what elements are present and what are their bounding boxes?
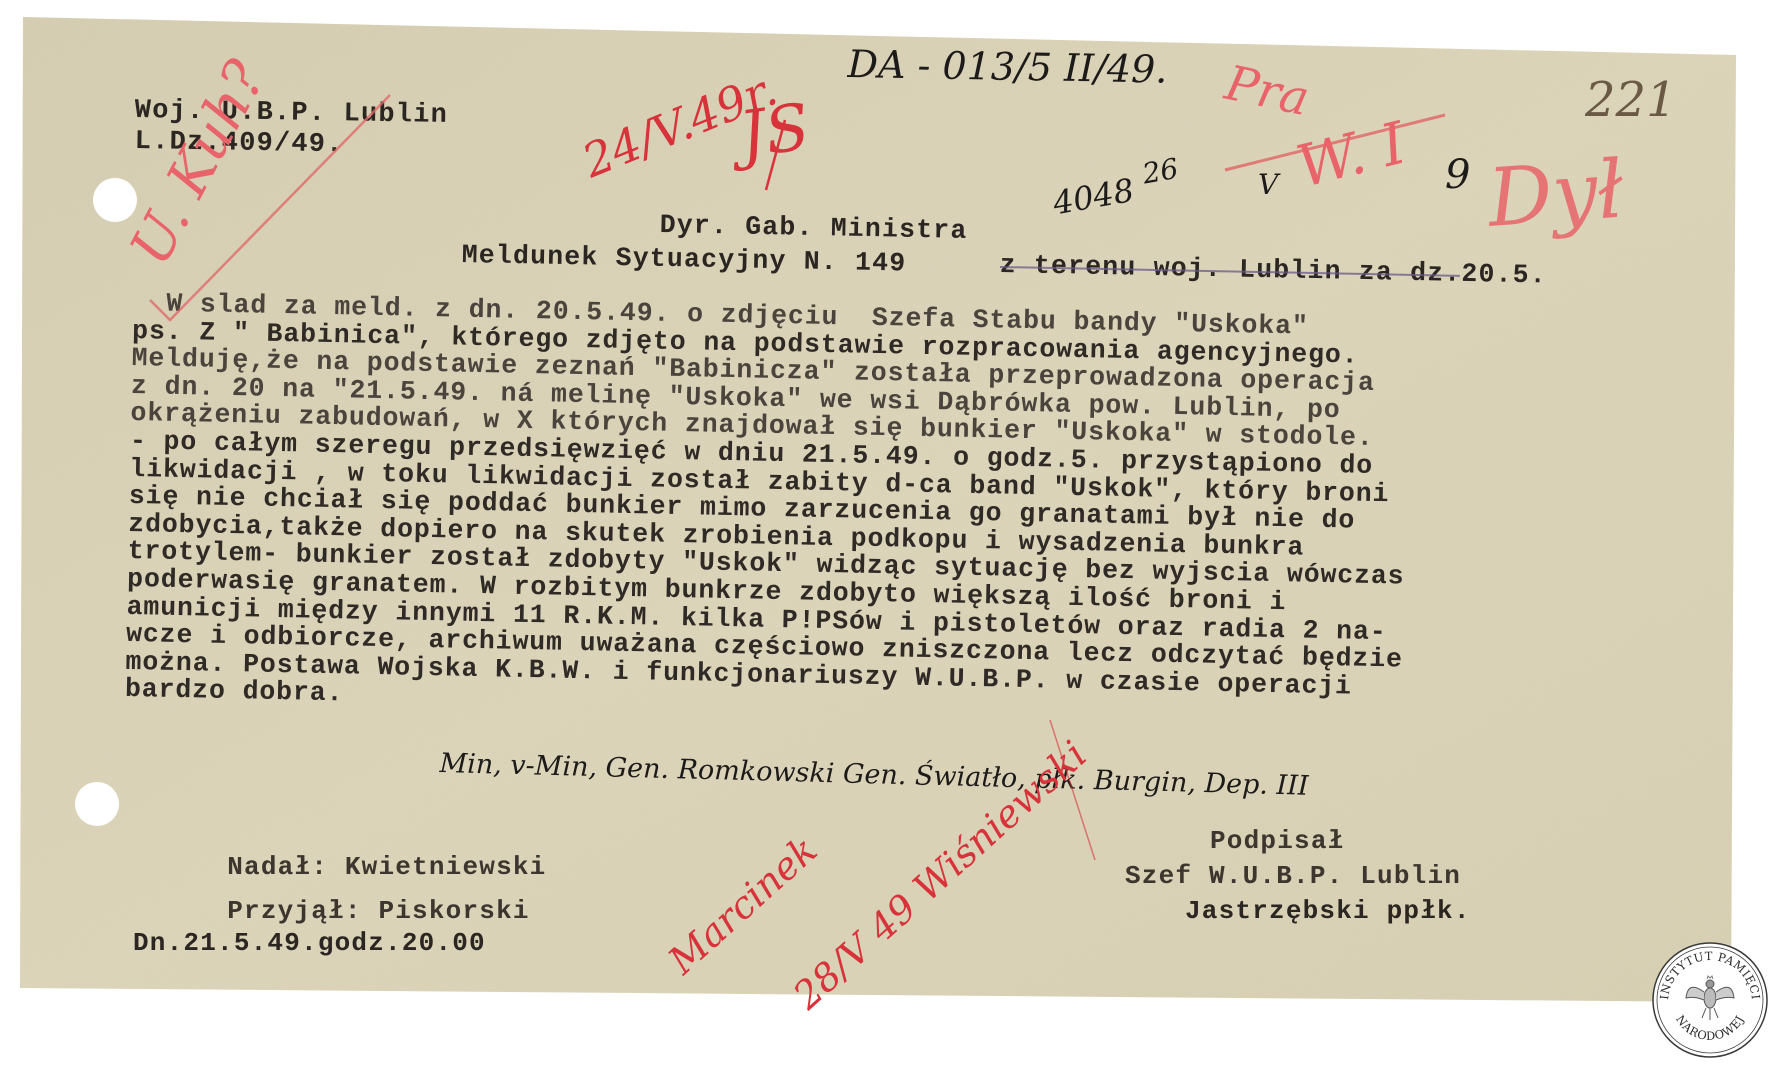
incoming-nine: 9: [1445, 152, 1470, 198]
ipn-archive-stamp: INSTYTUT PAMIĘCI NARODOWEJ: [1650, 940, 1770, 1060]
incoming-month: V: [1258, 168, 1278, 201]
page-number: 221: [1585, 72, 1677, 128]
red-large-mark: Dył: [1485, 143, 1626, 245]
incoming-day: 26: [1140, 152, 1181, 191]
red-initials: JS: [735, 90, 814, 173]
document-page: Woj. U.B.P. Lublin L.Dz.409/49. DA - 013…: [0, 0, 1778, 1080]
